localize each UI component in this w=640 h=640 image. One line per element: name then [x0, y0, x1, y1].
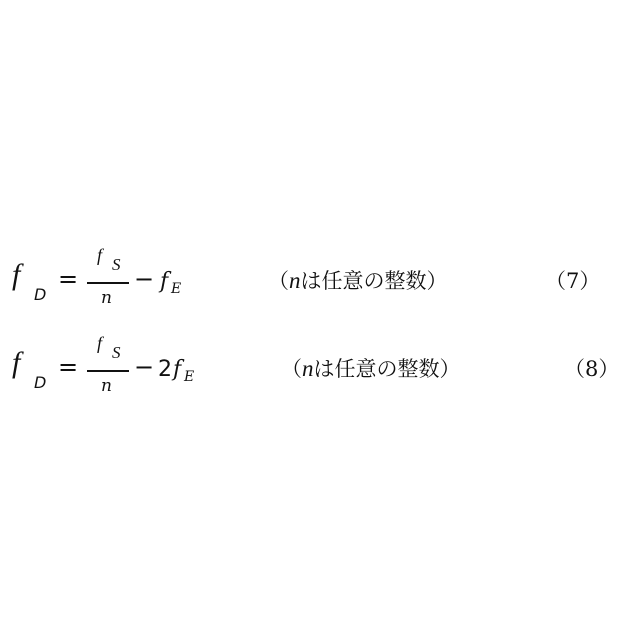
fraction-bar — [87, 370, 129, 372]
condition-open-paren: （ — [268, 269, 289, 293]
lhs-subscript: D — [34, 373, 46, 392]
condition-text: は任意の整数 — [301, 269, 427, 293]
fraction-bar — [87, 282, 129, 284]
denominator: n — [101, 288, 112, 308]
numerator-subscript: S — [112, 343, 121, 363]
lhs-symbol: f — [12, 258, 20, 292]
condition-note: （nは任意の整数） — [281, 353, 461, 383]
condition-variable: n — [302, 356, 314, 381]
equation-7: f D = f S n − f E （nは任意の整数） （7） — [0, 245, 640, 315]
equation-number: （8） — [564, 353, 619, 383]
equation-number: （7） — [545, 265, 600, 295]
condition-close-paren: ） — [440, 357, 461, 381]
numerator-subscript: S — [112, 255, 121, 275]
minus-sign: − — [134, 353, 154, 381]
lhs-subscript: D — [34, 285, 46, 304]
numerator-symbol: f — [97, 333, 102, 354]
minus-sign: − — [134, 265, 154, 293]
condition-close-paren: ） — [427, 269, 448, 293]
equals-sign: = — [58, 353, 78, 381]
condition-open-paren: （ — [281, 357, 302, 381]
denominator: n — [101, 376, 112, 396]
numerator-symbol: f — [97, 245, 102, 266]
equals-sign: = — [58, 265, 78, 293]
condition-variable: n — [289, 268, 301, 293]
equation-8: f D = f S n − 2 f E （nは任意の整数） （8） — [0, 333, 640, 403]
condition-note: （nは任意の整数） — [268, 265, 448, 295]
equation-number-value: 7 — [566, 269, 579, 293]
term-symbol: f — [173, 357, 181, 382]
lhs-symbol: f — [12, 346, 20, 380]
coefficient: 2 — [158, 357, 172, 382]
term-symbol: f — [160, 269, 168, 294]
condition-text: は任意の整数 — [314, 357, 440, 381]
term-subscript: E — [171, 281, 181, 297]
equation-number-value: 8 — [585, 357, 598, 381]
term-subscript: E — [184, 369, 194, 385]
